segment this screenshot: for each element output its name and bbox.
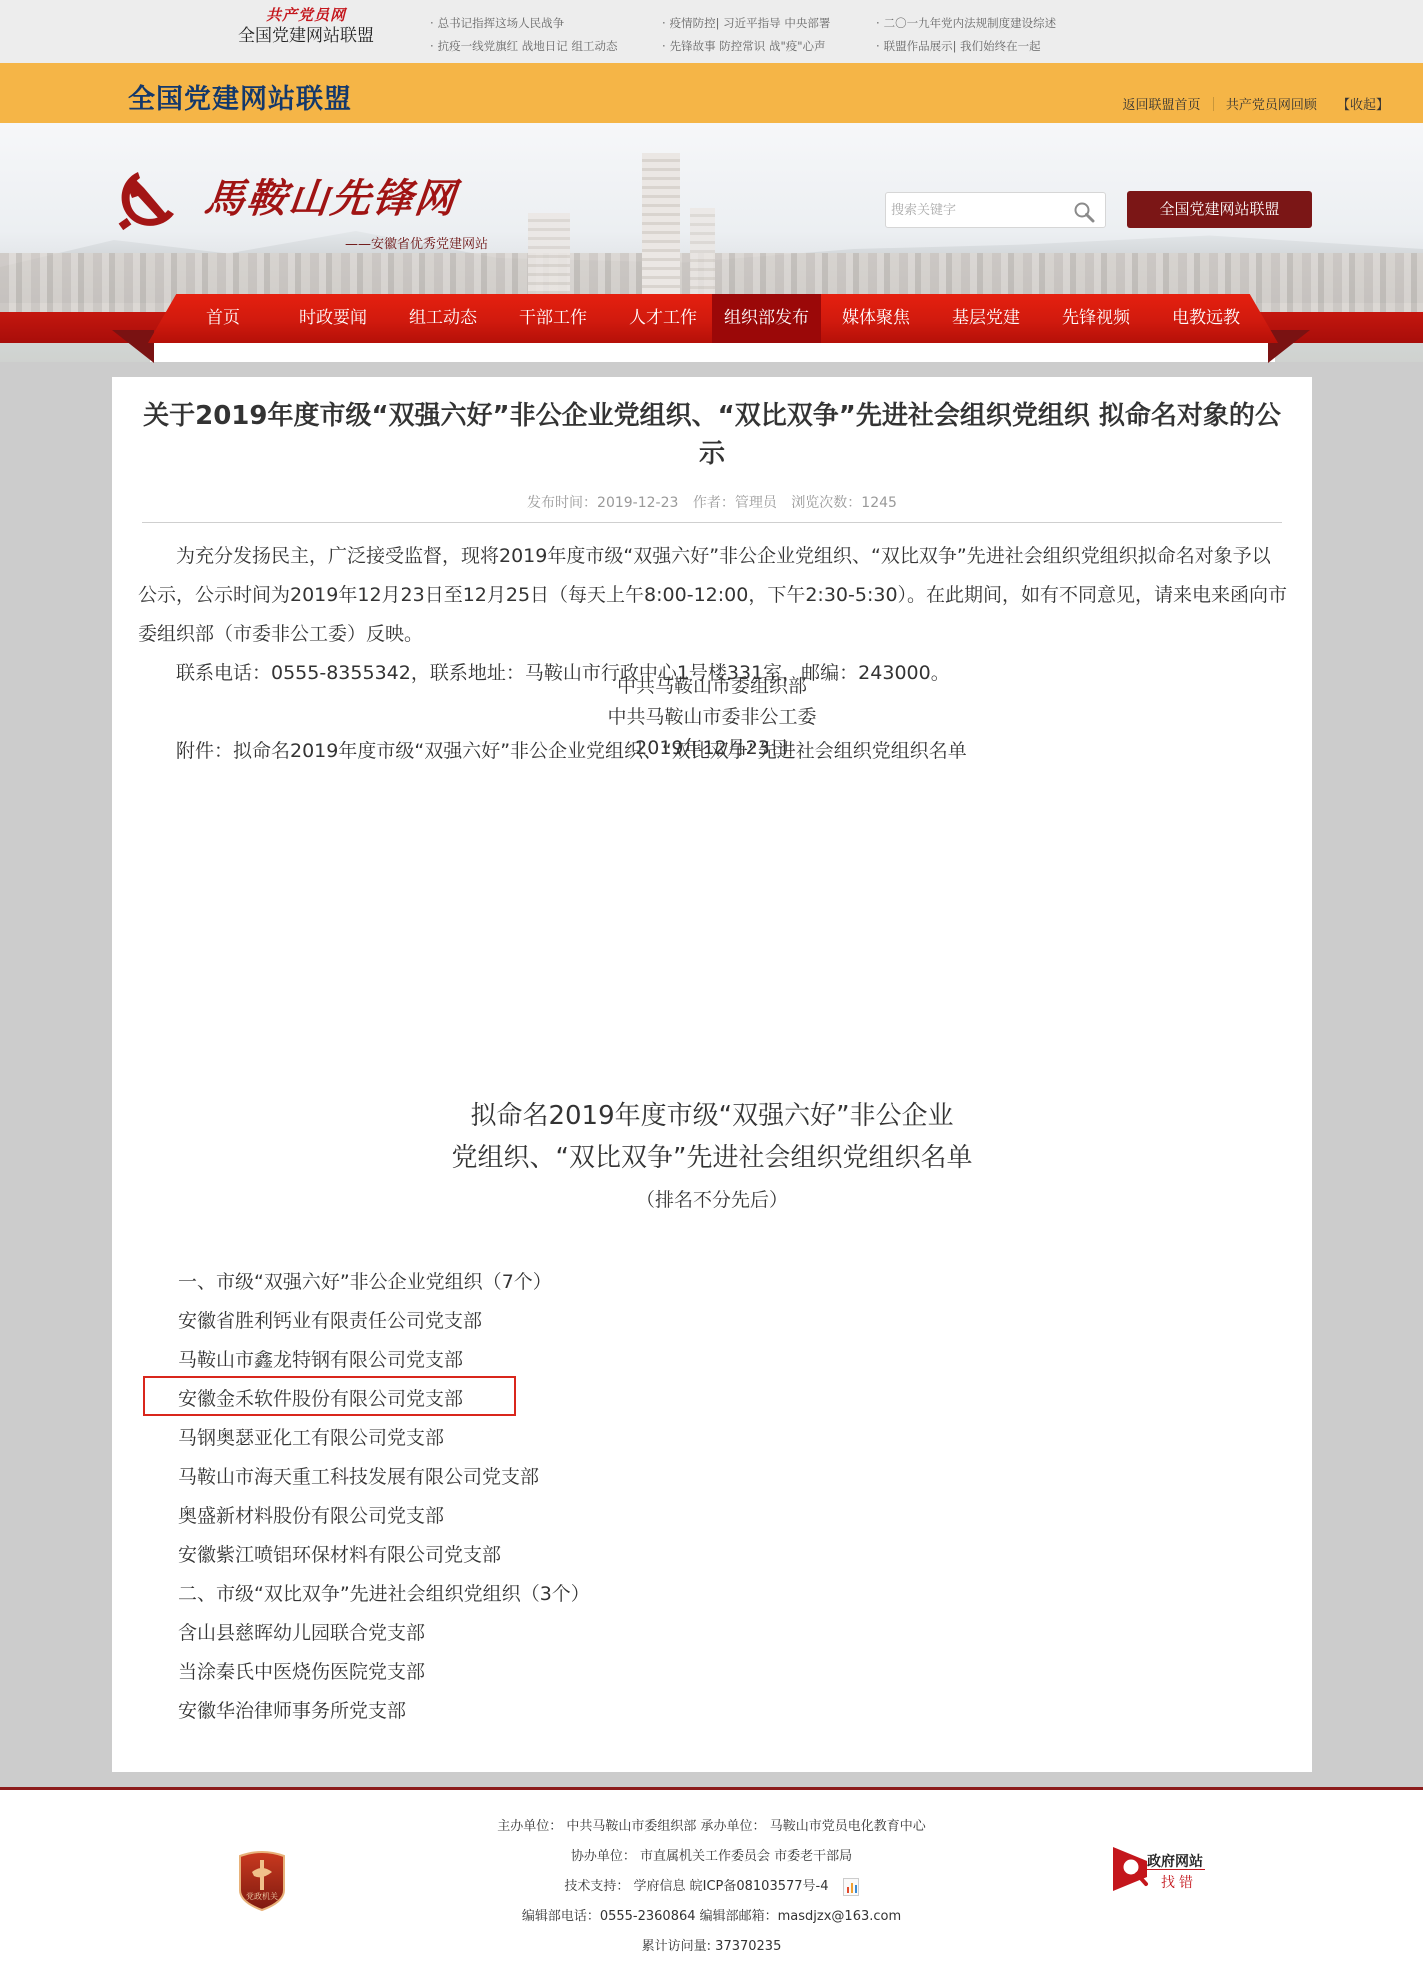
nav-item[interactable]: 组工动态	[388, 294, 498, 343]
footer-divider	[0, 1787, 1423, 1790]
nav-item[interactable]: 干部工作	[498, 294, 608, 343]
body-paragraph: 为充分发扬民主，广泛接受监督，现将2019年度市级“双强六好”非公企业党组织、“…	[138, 537, 1288, 654]
list-section-heading: 二、市级“双比双争”先进社会组织党组织（3个）	[178, 1575, 590, 1614]
nav-underlay	[150, 343, 1275, 362]
article-meta: 发布时间：2019-12-23 作者：管理员 浏览次数：1245	[112, 492, 1312, 512]
list-title-line: 拟命名2019年度市级“双强六好”非公企业	[112, 1095, 1312, 1137]
article-panel: 关于2019年度市级“双强六好”非公企业党组织、“双比双争”先进社会组织党组织 …	[112, 377, 1312, 1772]
search-icon[interactable]	[1073, 201, 1095, 223]
gov-site-divider	[1145, 1869, 1205, 1870]
site-subtitle: ——安徽省优秀党建网站	[345, 233, 488, 252]
article-title: 关于2019年度市级“双强六好”非公企业党组织、“双比双争”先进社会组织党组织 …	[132, 397, 1292, 473]
banner-building	[690, 208, 715, 308]
cpc-overlap-text: 回顾	[1291, 94, 1317, 113]
signature-date: 2019年12月23日	[112, 729, 1312, 768]
list-item: 安徽华治律师事务所党支部	[178, 1692, 590, 1731]
site-title-logo[interactable]: 馬鞍山先锋网	[202, 167, 460, 224]
list-item: 安徽省胜利钙业有限责任公司党支部	[178, 1302, 590, 1341]
banner-building	[642, 153, 680, 308]
top-links-col1: 总书记指挥这场人民战争 抗疫一线党旗红 战地日记 组工动态	[430, 12, 617, 58]
list-item: 马鞍山市海天重工科技发展有限公司党支部	[178, 1458, 590, 1497]
alliance-band-links: 返回联盟首页 共产党员网回顾 【收起】	[1123, 94, 1389, 113]
search-input[interactable]	[891, 200, 1061, 220]
gov-site-subtitle[interactable]: 找错	[1161, 1872, 1197, 1892]
list-item: 含山县慈晖幼儿园联合党支部	[178, 1614, 590, 1653]
nav-item[interactable]: 媒体聚焦	[821, 294, 931, 343]
alliance-band-title[interactable]: 全国党建网站联盟	[128, 77, 352, 116]
divider	[1213, 97, 1214, 111]
top-link[interactable]: 疫情防控| 习近平指导 中央部署	[662, 12, 830, 35]
nav-item[interactable]: 时政要闻	[278, 294, 388, 343]
list-title-line: 党组织、“双比双争”先进社会组织党组织名单	[112, 1137, 1312, 1179]
title-divider	[142, 522, 1282, 523]
highlight-box	[143, 1376, 516, 1416]
list-title: 拟命名2019年度市级“双强六好”非公企业 党组织、“双比双争”先进社会组织党组…	[112, 1095, 1312, 1179]
footer-visits: 累计访问量: 37370235	[0, 1932, 1423, 1962]
alliance-name: 全国党建网站联盟	[226, 24, 386, 48]
list-item: 奥盛新材料股份有限公司党支部	[178, 1497, 590, 1536]
nav-item[interactable]: 基层党建	[931, 294, 1041, 343]
list-item: 马钢奥瑟亚化工有限公司党支部	[178, 1419, 590, 1458]
cpc-link[interactable]: 共产党员网回顾	[1226, 94, 1317, 113]
nav-item[interactable]: 电教远教	[1151, 294, 1261, 343]
footer-contact: 编辑部电话：0555-2360864 编辑部邮箱：masdjzx@163.com	[0, 1902, 1423, 1932]
cpc-link-text: 共产党员网	[1226, 94, 1291, 113]
hammer-sickle-icon	[114, 168, 180, 232]
top-link[interactable]: 总书记指挥这场人民战争	[430, 12, 617, 35]
top-link[interactable]: 联盟作品展示| 我们始终在一起	[876, 35, 1056, 58]
top-links-col3: 二〇一九年党内法规制度建设综述 联盟作品展示| 我们始终在一起	[876, 12, 1056, 58]
alliance-band: 全国党建网站联盟 返回联盟首页 共产党员网回顾 【收起】	[0, 63, 1423, 123]
gov-site-title[interactable]: 政府网站	[1147, 1851, 1203, 1871]
list-item: 马鞍山市鑫龙特钢有限公司党支部	[178, 1341, 590, 1380]
view-count: 浏览次数：1245	[791, 495, 897, 511]
footer-sponsor: 主办单位： 中共马鞍山市委组织部 承办单位： 马鞍山市党员电化教育中心	[0, 1812, 1423, 1842]
alliance-logo[interactable]: 共产党员网 全国党建网站联盟	[226, 6, 386, 48]
nav-item[interactable]: 组织部发布	[712, 294, 821, 343]
nav-item[interactable]: 先锋视频	[1041, 294, 1151, 343]
top-link[interactable]: 先锋故事 防控常识 战"疫"心声	[662, 35, 830, 58]
list-item: 当涂秦氏中医烧伤医院党支部	[178, 1653, 590, 1692]
list-note: （排名不分先后）	[112, 1185, 1312, 1212]
nav-item[interactable]: 人才工作	[608, 294, 718, 343]
back-to-alliance-link[interactable]: 返回联盟首页	[1123, 94, 1201, 113]
alliance-script-logo: 共产党员网	[226, 6, 386, 24]
organization-list: 一、市级“双强六好”非公企业党组织（7个）安徽省胜利钙业有限责任公司党支部马鞍山…	[178, 1263, 590, 1731]
author: 作者：管理员	[693, 495, 777, 511]
nav-item[interactable]: 首页	[178, 294, 268, 343]
top-link[interactable]: 抗疫一线党旗红 战地日记 组工动态	[430, 35, 617, 58]
top-links-col2: 疫情防控| 习近平指导 中央部署 先锋故事 防控常识 战"疫"心声	[662, 12, 830, 58]
alliance-button[interactable]: 全国党建网站联盟	[1127, 191, 1312, 228]
search-box	[885, 192, 1106, 228]
list-item: 安徽紫江喷铝环保材料有限公司党支部	[178, 1536, 590, 1575]
footer-tech-text[interactable]: 技术支持： 学府信息 皖ICP备08103577号-4	[564, 1879, 828, 1894]
list-section-heading: 一、市级“双强六好”非公企业党组织（7个）	[178, 1263, 590, 1302]
collapse-button[interactable]: 【收起】	[1337, 94, 1389, 113]
alliance-topbar: 共产党员网 全国党建网站联盟 总书记指挥这场人民战争 抗疫一线党旗红 战地日记 …	[0, 0, 1423, 63]
publish-date: 发布时间：2019-12-23	[527, 495, 678, 511]
top-link[interactable]: 二〇一九年党内法规制度建设综述	[876, 12, 1056, 35]
cnzz-stats-icon[interactable]	[843, 1878, 859, 1896]
